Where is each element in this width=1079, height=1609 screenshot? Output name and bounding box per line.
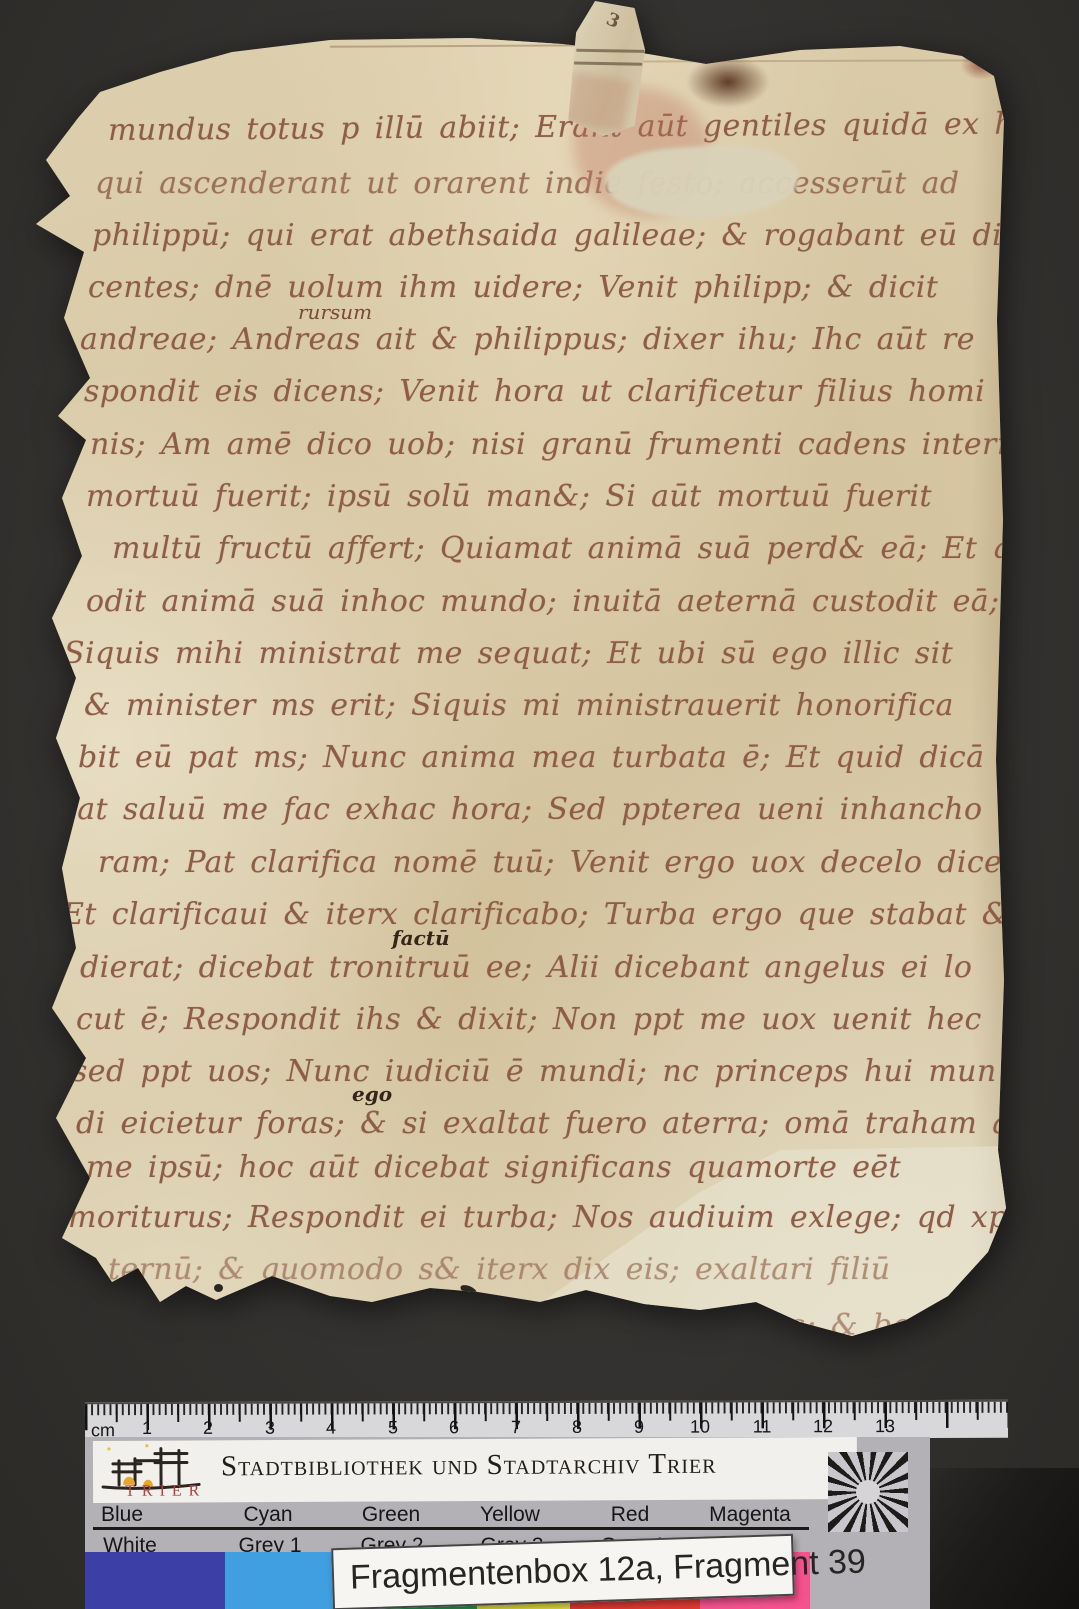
manuscript-line: odit animā suā inhoc mundo; inuitā aeter… [86,584,1000,619]
logo-city-label: TRIER [125,1482,206,1500]
color-label: Yellow [450,1503,570,1527]
interlinear-gloss: ego [352,1082,392,1106]
manuscript-line: qui ascenderant ut orarent indie festo; … [95,166,959,201]
ruler-number: 9 [627,1417,651,1438]
ruler-number: 4 [319,1418,343,1439]
ruler-number: 6 [442,1417,466,1438]
manuscript-line: philippū; qui erat abethsaida galileae; … [92,218,1002,253]
manuscript-fragment: mundus totus p illū abiit; Erant aūt gen… [0,0,1079,1609]
ruler: cm 1 2 3 4 5 6 7 8 9 10 11 12 13 [85,1400,1008,1440]
manuscript-line: ternū; & quomodo s& iterx dix eis; exalt… [108,1252,890,1287]
manuscript-line: dierat; dicebat tronitruū ee; Alii diceb… [80,950,972,985]
ruler-number: 5 [381,1417,405,1438]
ruler-number: 11 [750,1416,774,1437]
color-patch [85,1552,225,1609]
manuscript-line: ram; Pat clarifica nomē tuū; Venit ergo … [98,845,1048,880]
ruler-number: 12 [811,1416,835,1437]
color-label: Green [331,1503,451,1527]
label-divider [93,1527,809,1530]
manuscript-line: spondit eis dicens; Venit hora ut clarif… [84,374,985,409]
interlinear-gloss: factū [392,926,450,950]
manuscript-line: Et clarificaui & iterx clarificabo; Turb… [62,897,1062,932]
institution-title: Stadtbibliothek und Stadtarchiv Trier [221,1448,717,1484]
ruler-number: 8 [565,1417,589,1438]
siemens-star-icon [828,1452,908,1532]
ruler-ticks [85,1402,1008,1434]
color-label: Red [570,1503,690,1527]
fold-crease [600,59,990,62]
manuscript-line: cut ē; Respondit ihs & dixit; Non ppt me… [76,1002,982,1037]
manuscript-line: sed ppt uos; Nunc iudiciū ē mundi; nc pr… [72,1054,997,1089]
manuscript-line: multū fructū affert; Quiamat animā suā p… [112,531,1012,566]
worm-hole [214,1284,223,1292]
ruler-number: 10 [688,1417,712,1438]
tab-mark: 3 [603,9,623,33]
manuscript-line: andreae; Andreas ait & philippus; dixer … [80,322,975,357]
manuscript-line: me ipsū; hoc aūt dicebat significans qua… [86,1150,901,1185]
manuscript-line: di eicietur foras; & si exaltat fuero at… [76,1106,1030,1141]
parchment: mundus totus p illū abiit; Erant aūt gen… [0,0,1079,1609]
ruler-number: 13 [873,1416,897,1437]
manuscript-line: & minister ms erit; Siquis mi ministraue… [84,688,954,723]
id-label-text: Fragmentenbox 12a, Fragment 39 [333,1536,793,1606]
tab-crease [574,62,642,66]
fold-crease [330,42,985,47]
manuscript-line: Siquis mihi ministrat me sequat; Et ubi … [64,636,953,671]
institution-strip: TRIER Stadtbibliothek und Stadtarchiv Tr… [93,1437,857,1503]
manuscript-line: magister; & dns; & bene dicitis; adhuc [545,1308,1079,1343]
ruler-number: 2 [196,1418,220,1439]
manuscript-line: bit eū pat ms; Nunc anima mea turbata ē;… [78,740,984,775]
manuscript-line: moriturus; Respondit ei turba; Nos audiu… [68,1200,1025,1235]
ruler-number: 1 [135,1418,159,1439]
manuscript-line: Pat saluū me fac exhac hora; Sed ppterea… [58,792,982,827]
manuscript-line: mortuū fuerit; ipsū solū man&; Si aūt mo… [86,479,932,514]
interlinear-gloss: rursum [298,300,372,324]
manuscript-line: centes; dnē uolum ihm uidere; Venit phil… [88,270,938,305]
ruler-number: 3 [258,1418,282,1439]
color-label: Cyan [208,1503,328,1527]
tab-crease [576,49,644,53]
dark-stain [686,56,770,108]
manuscript-line: nis; Am amē dico uob; nisi granū frument… [90,427,1059,462]
color-label: Blue [62,1503,182,1527]
color-label: Magenta [690,1503,810,1527]
ruler-number: 7 [504,1417,528,1438]
photo-background: mundus totus p illū abiit; Erant aūt gen… [0,0,1079,1609]
corner-ink-mark [960,50,1002,80]
photo-corner-shadow [930,1468,1079,1609]
